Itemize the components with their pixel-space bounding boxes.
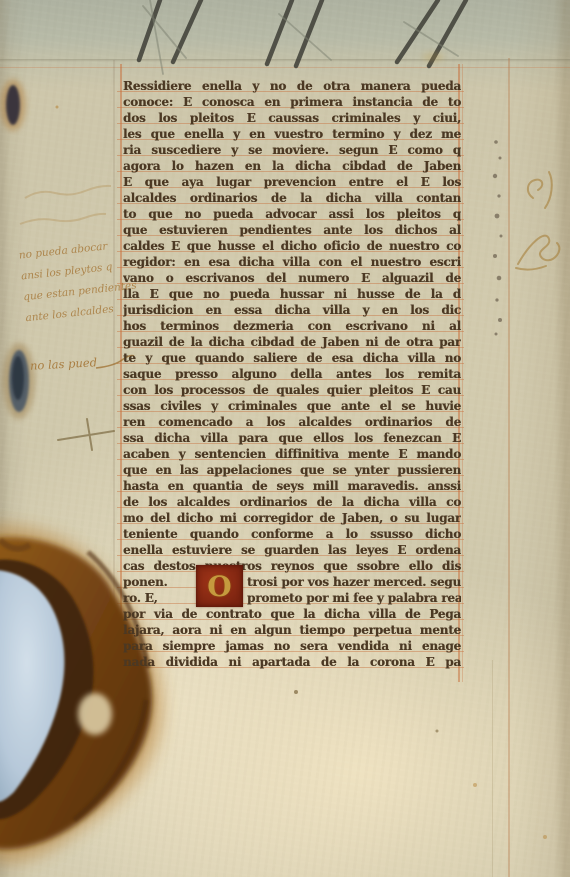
manuscript-page-photo: Ressidiere enella y no de otra manera pu… xyxy=(0,0,570,877)
manuscript-line: ssa dicha villa para que ellos los fenez… xyxy=(123,430,461,446)
manuscript-line: vano o escrivanos del numero E alguazil … xyxy=(123,270,461,286)
small-edge-hole-top xyxy=(0,79,26,131)
manuscript-line: para siempre jamas no sera vendida ni en… xyxy=(123,638,461,654)
manuscript-line: con los processos de quales quier pleito… xyxy=(123,382,461,398)
manuscript-line: regidor: en esa dicha villa con el nuest… xyxy=(123,254,461,270)
manuscript-line: guazil de la dicha cibdad de Jaben ni de… xyxy=(123,334,461,350)
manuscript-line: lla E que no pueda hussar ni husse de la… xyxy=(123,286,461,302)
manuscript-line: que estuvieren pendientes ante los dicho… xyxy=(123,222,461,238)
manuscript-line: alcaldes ordinarios de la dicha villa co… xyxy=(123,190,461,206)
manuscript-line: to que no pueda advocar assi los pleitos… xyxy=(123,206,461,222)
manuscript-line: E que aya lugar prevencion entre el E lo… xyxy=(123,174,461,190)
margin-cross-mark xyxy=(58,419,114,450)
manuscript-line: enella estuviere se guarden las leyes E … xyxy=(123,542,461,558)
manuscript-line: jurisdicion en essa dicha villa y en los… xyxy=(123,302,461,318)
top-slash-marks xyxy=(139,0,466,66)
text-lines-top: Ressidiere enella y no de otra manera pu… xyxy=(123,78,461,574)
right-margin-marks xyxy=(516,172,559,270)
small-edge-hole-mid xyxy=(3,343,35,419)
illuminated-initial: O xyxy=(196,565,243,607)
line-right-of-initial: prometo por mi fee y palabra real xyxy=(247,590,461,606)
manuscript-line: dos los pleitos E caussas criminales y c… xyxy=(123,110,461,126)
manuscript-line: cas destos nuestros reynos que ssobre el… xyxy=(123,558,461,574)
manuscript-line: hasta en quantia de seys mill maravedis.… xyxy=(123,478,461,494)
manuscript-line: ren comencado a los alcaldes ordinarios … xyxy=(123,414,461,430)
manuscript-line: Ressidiere enella y no de otra manera pu… xyxy=(123,78,461,94)
manuscript-line: caldes E que husse el dicho oficio de nu… xyxy=(123,238,461,254)
manuscript-line: saque presso alguno della antes los remi… xyxy=(123,366,461,382)
manuscript-line-initial-1: ponen. trosi por vos hazer merced. segu xyxy=(123,574,461,590)
manuscript-line: teniente quando conforme a lo ssusso dic… xyxy=(123,526,461,542)
show-through-specks xyxy=(493,140,503,335)
left-margin-note: no pueda abocaransi los pleytos qque est… xyxy=(18,235,130,329)
manuscript-line: ria suscediere y se moviere. segun E com… xyxy=(123,142,461,158)
burn-light-island xyxy=(78,693,112,735)
top-faint-slash-marks xyxy=(143,0,458,74)
manuscript-line: que en las appelaciones que se ynter pus… xyxy=(123,462,461,478)
manuscript-line: te y que quando saliere de esa dicha vil… xyxy=(123,350,461,366)
manuscript-line: conoce: E conosca en primera instancia d… xyxy=(123,94,461,110)
manuscript-line: acaben y sentencien diffinitiva mente E … xyxy=(123,446,461,462)
manuscript-line: por via de contrato que la dicha villa d… xyxy=(123,606,461,622)
manuscript-line: de los alcaldes ordinarios de la dicha v… xyxy=(123,494,461,510)
manuscript-text-block: Ressidiere enella y no de otra manera pu… xyxy=(123,78,461,670)
manuscript-line: lajara, aora ni en algun tiempo perpetua… xyxy=(123,622,461,638)
manuscript-line: ssas civiles y criminales que ante el se… xyxy=(123,398,461,414)
text-lines-bottom: por via de contrato que la dicha villa d… xyxy=(123,606,461,670)
faded-marginal-scribble xyxy=(20,186,111,224)
manuscript-line: agora lo hazen en la dicha cibdad de Jab… xyxy=(123,158,461,174)
line-right-of-initial: trosi por vos hazer merced. segu xyxy=(247,574,461,590)
manuscript-line-initial-2: ro. E, prometo por mi fee y palabra real xyxy=(123,590,461,606)
manuscript-line: les que enella y en vuestro termino y de… xyxy=(123,126,461,142)
manuscript-line: hos terminos dezmeria con escrivano ni a… xyxy=(123,318,461,334)
manuscript-line: mo del dicho mi corregidor de Jaben, o s… xyxy=(123,510,461,526)
manuscript-line: nada dividida ni apartada de la corona E… xyxy=(123,654,461,670)
